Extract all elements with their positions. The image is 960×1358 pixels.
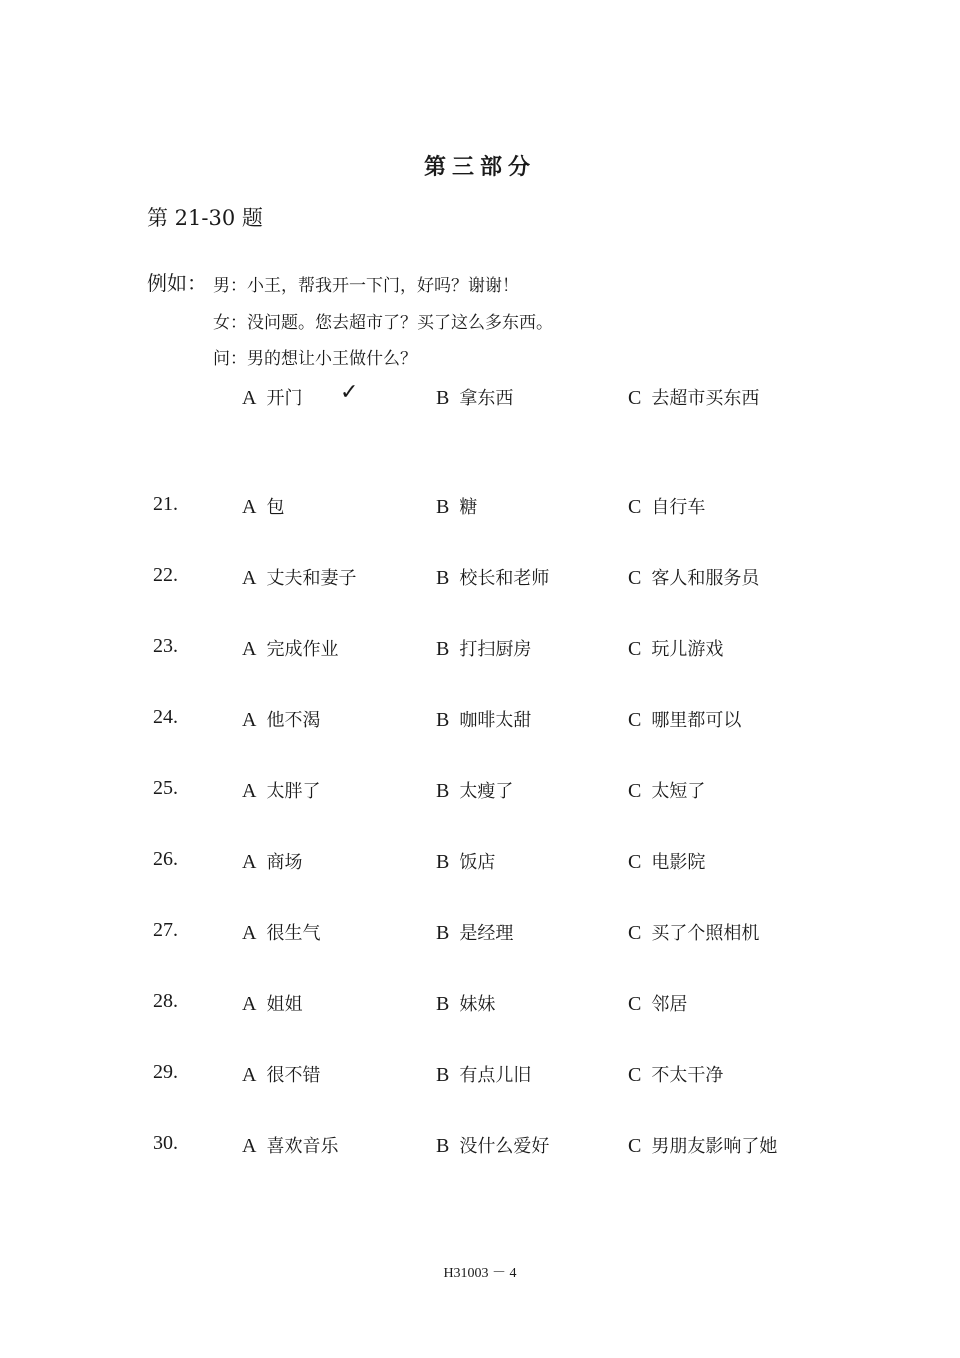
question-25-option-c: C太短了 [628, 777, 705, 803]
option-letter: C [628, 1064, 641, 1086]
example-line-man: 男：小王，帮我开一下门，好吗？谢谢！ [213, 271, 519, 296]
option-text: 客人和服务员 [651, 568, 759, 589]
example-label: 例如： [147, 267, 207, 296]
option-letter: B [436, 387, 449, 409]
question-29-option-c: C不太干净 [628, 1061, 723, 1087]
question-25-option-a: A太胖了 [242, 777, 320, 803]
option-letter: C [628, 993, 641, 1015]
option-letter: C [628, 709, 641, 731]
question-23-option-a: A完成作业 [242, 635, 338, 661]
option-text: 饭店 [459, 852, 495, 873]
option-letter: C [628, 496, 641, 518]
option-text: 太短了 [651, 781, 705, 802]
option-text: 哪里都可以 [651, 710, 741, 731]
question-number: 28. [153, 990, 178, 1013]
option-letter: B [436, 993, 449, 1015]
option-text: 开门 [266, 388, 302, 409]
question-23-option-c: C玩儿游戏 [628, 635, 723, 661]
question-number: 30. [153, 1132, 178, 1155]
option-text: 打扫厨房 [459, 639, 531, 660]
option-letter: A [242, 496, 256, 518]
section-title: 第三部分 [0, 150, 960, 181]
question-25-option-b: B太瘦了 [436, 777, 513, 803]
example-line-woman: 女：没问题。您去超市了？买了这么多东西。 [213, 308, 553, 333]
question-29-option-a: A很不错 [242, 1061, 320, 1087]
page-footer: H31003 － 4 [0, 1262, 960, 1282]
option-text: 邻居 [651, 994, 687, 1015]
option-letter: A [242, 780, 256, 802]
option-text: 糖 [459, 497, 477, 518]
option-letter: B [436, 496, 449, 518]
question-30-option-a: A喜欢音乐 [242, 1132, 338, 1158]
option-letter: A [242, 567, 256, 589]
option-text: 很生气 [266, 923, 320, 944]
option-letter: B [436, 1064, 449, 1086]
option-text: 太瘦了 [459, 781, 513, 802]
option-text: 不太干净 [651, 1065, 723, 1086]
option-letter: A [242, 638, 256, 660]
question-number: 21. [153, 493, 178, 516]
range-title: 第 21-30 题 [147, 202, 263, 232]
question-number: 23. [153, 635, 178, 658]
option-text: 咖啡太甜 [459, 710, 531, 731]
option-text: 玩儿游戏 [651, 639, 723, 660]
check-mark-icon: ✓ [340, 380, 358, 405]
example-option-c: C去超市买东西 [628, 384, 759, 410]
option-letter: A [242, 1135, 256, 1157]
option-letter: A [242, 993, 256, 1015]
option-letter: A [242, 922, 256, 944]
question-24-option-c: C哪里都可以 [628, 706, 741, 732]
option-text: 去超市买东西 [651, 388, 759, 409]
option-letter: C [628, 851, 641, 873]
option-text: 自行车 [651, 497, 705, 518]
option-text: 丈夫和妻子 [266, 568, 356, 589]
option-letter: B [436, 1135, 449, 1157]
option-letter: B [436, 922, 449, 944]
question-28-option-a: A姐姐 [242, 990, 302, 1016]
question-number: 25. [153, 777, 178, 800]
option-text: 太胖了 [266, 781, 320, 802]
option-letter: C [628, 638, 641, 660]
question-29-option-b: B有点儿旧 [436, 1061, 531, 1087]
option-letter: C [628, 922, 641, 944]
option-text: 是经理 [459, 923, 513, 944]
question-number: 24. [153, 706, 178, 729]
option-text: 他不渴 [266, 710, 320, 731]
question-27-option-b: B是经理 [436, 919, 513, 945]
option-letter: B [436, 638, 449, 660]
question-30-option-b: B没什么爱好 [436, 1132, 549, 1158]
question-21-option-c: C自行车 [628, 493, 705, 519]
question-26-option-a: A商场 [242, 848, 302, 874]
option-text: 姐姐 [266, 994, 302, 1015]
question-22-option-c: C客人和服务员 [628, 564, 759, 590]
option-letter: A [242, 709, 256, 731]
option-text: 校长和老师 [459, 568, 549, 589]
option-letter: B [436, 780, 449, 802]
option-text: 男朋友影响了她 [651, 1136, 777, 1157]
option-text: 电影院 [651, 852, 705, 873]
question-number: 27. [153, 919, 178, 942]
option-letter: C [628, 1135, 641, 1157]
question-24-option-b: B咖啡太甜 [436, 706, 531, 732]
option-text: 拿东西 [459, 388, 513, 409]
question-30-option-c: C男朋友影响了她 [628, 1132, 777, 1158]
question-number: 29. [153, 1061, 178, 1084]
option-letter: B [436, 851, 449, 873]
option-text: 包 [266, 497, 284, 518]
option-letter: C [628, 387, 641, 409]
question-28-option-c: C邻居 [628, 990, 687, 1016]
question-26-option-b: B饭店 [436, 848, 495, 874]
example-option-a: A开门 [242, 384, 302, 410]
option-text: 商场 [266, 852, 302, 873]
question-21-option-a: A包 [242, 493, 284, 519]
example-option-b: B拿东西 [436, 384, 513, 410]
option-text: 妹妹 [459, 994, 495, 1015]
question-number: 26. [153, 848, 178, 871]
option-text: 完成作业 [266, 639, 338, 660]
option-text: 有点儿旧 [459, 1065, 531, 1086]
option-letter: B [436, 567, 449, 589]
option-letter: A [242, 387, 256, 409]
question-26-option-c: C电影院 [628, 848, 705, 874]
option-letter: B [436, 709, 449, 731]
option-letter: C [628, 780, 641, 802]
question-number: 22. [153, 564, 178, 587]
option-text: 很不错 [266, 1065, 320, 1086]
option-letter: A [242, 851, 256, 873]
question-27-option-c: C买了个照相机 [628, 919, 759, 945]
option-text: 没什么爱好 [459, 1136, 549, 1157]
question-27-option-a: A很生气 [242, 919, 320, 945]
question-23-option-b: B打扫厨房 [436, 635, 531, 661]
option-text: 买了个照相机 [651, 923, 759, 944]
question-21-option-b: B糖 [436, 493, 477, 519]
question-22-option-b: B校长和老师 [436, 564, 549, 590]
example-line-question: 问：男的想让小王做什么？ [213, 344, 417, 369]
option-letter: A [242, 1064, 256, 1086]
option-letter: C [628, 567, 641, 589]
question-28-option-b: B妹妹 [436, 990, 495, 1016]
question-22-option-a: A丈夫和妻子 [242, 564, 356, 590]
option-text: 喜欢音乐 [266, 1136, 338, 1157]
question-24-option-a: A他不渴 [242, 706, 320, 732]
